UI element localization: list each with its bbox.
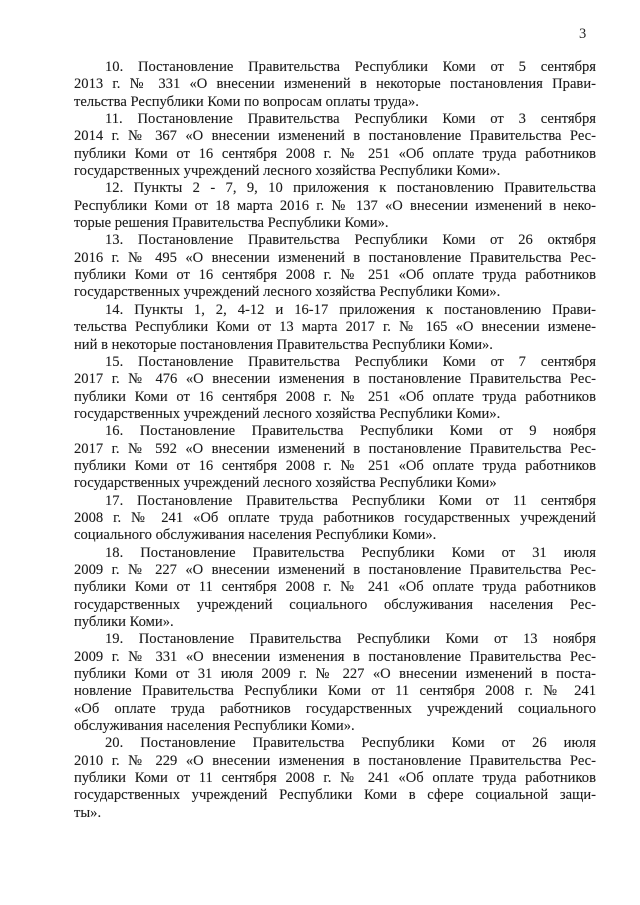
text-line: 2009 г. № 227 «О внесении изменений в по… (74, 562, 596, 579)
text-line: новление Правительства Республики Коми о… (74, 683, 596, 700)
text-line: публики Коми от 11 сентября 2008 г. № 24… (74, 770, 596, 787)
text-line: публики Коми от 16 сентября 2008 г. № 25… (74, 458, 596, 475)
text-line: тельства Республики Коми по вопросам опл… (74, 94, 596, 111)
paragraph: 11. Постановление Правительства Республи… (74, 111, 596, 180)
page-number: 3 (579, 26, 586, 43)
text-line: тельства Республики Коми от 13 марта 201… (74, 319, 596, 336)
paragraph: 12. Пункты 2 - 7, 9, 10 приложения к пос… (74, 180, 596, 232)
paragraph: 19. Постановление Правительства Республи… (74, 631, 596, 735)
text-line: публики Коми от 11 сентября 2008 г. № 24… (74, 579, 596, 596)
text-line: 18. Постановление Правительства Республи… (74, 545, 596, 562)
document-page: 3 10. Постановление Правительства Респуб… (0, 0, 640, 905)
paragraph: 13. Постановление Правительства Республи… (74, 232, 596, 301)
text-line: публики Коми от 31 июля 2009 г. № 227 «О… (74, 666, 596, 683)
text-line: 12. Пункты 2 - 7, 9, 10 приложения к пос… (74, 180, 596, 197)
text-line: 2014 г. № 367 «О внесении изменений в по… (74, 128, 596, 145)
text-line: 2016 г. № 495 «О внесении изменений в по… (74, 250, 596, 267)
paragraph: 17. Постановление Правительства Республи… (74, 493, 596, 545)
text-line: 2013 г. № 331 «О внесении изменений в не… (74, 76, 596, 93)
text-line: торые решения Правительства Республики К… (74, 215, 596, 232)
text-line: 2010 г. № 229 «О внесении изменения в по… (74, 753, 596, 770)
paragraph: 15. Постановление Правительства Республи… (74, 354, 596, 423)
paragraph: 10. Постановление Правительства Республи… (74, 59, 596, 111)
text-line: государственных учреждений лесного хозяй… (74, 406, 596, 423)
text-line: ты». (74, 805, 596, 822)
text-line: 13. Постановление Правительства Республи… (74, 232, 596, 249)
text-line: 17. Постановление Правительства Республи… (74, 493, 596, 510)
text-line: публики Коми от 16 сентября 2008 г. № 25… (74, 146, 596, 163)
text-line: 2008 г. № 241 «Об оплате труда работнико… (74, 510, 596, 527)
text-line: государственных учреждений лесного хозяй… (74, 284, 596, 301)
text-line: 10. Постановление Правительства Республи… (74, 59, 596, 76)
text-line: публики Коми от 16 сентября 2008 г. № 25… (74, 389, 596, 406)
text-line: 2017 г. № 476 «О внесении изменения в по… (74, 371, 596, 388)
text-line: государственных учреждений социального о… (74, 597, 596, 614)
text-line: 2017 г. № 592 «О внесении изменений в по… (74, 441, 596, 458)
text-line: публики Коми». (74, 614, 596, 631)
text-line: обслуживания населения Республики Коми». (74, 718, 596, 735)
paragraph: 16. Постановление Правительства Республи… (74, 423, 596, 492)
text-line: Республики Коми от 18 марта 2016 г. № 13… (74, 198, 596, 215)
document-body: 10. Постановление Правительства Республи… (74, 59, 596, 822)
text-line: 16. Постановление Правительства Республи… (74, 423, 596, 440)
text-line: 15. Постановление Правительства Республи… (74, 354, 596, 371)
paragraph: 18. Постановление Правительства Республи… (74, 545, 596, 632)
text-line: 14. Пункты 1, 2, 4-12 и 16-17 приложения… (74, 302, 596, 319)
text-line: 2009 г. № 331 «О внесении изменения в по… (74, 649, 596, 666)
text-line: государственных учреждений лесного хозяй… (74, 475, 596, 492)
scanned-document-page: { "page": { "number": "3" }, "colors": {… (0, 0, 640, 905)
text-line: 11. Постановление Правительства Республи… (74, 111, 596, 128)
paragraph: 14. Пункты 1, 2, 4-12 и 16-17 приложения… (74, 302, 596, 354)
paragraph: 20. Постановление Правительства Республи… (74, 735, 596, 822)
text-line: 20. Постановление Правительства Республи… (74, 735, 596, 752)
text-line: публики Коми от 16 сентября 2008 г. № 25… (74, 267, 596, 284)
text-line: ний в некоторые постановления Правительс… (74, 337, 596, 354)
text-line: государственных учреждений лесного хозяй… (74, 163, 596, 180)
text-line: «Об оплате труда работников государствен… (74, 701, 596, 718)
text-line: социального обслуживания населения Респу… (74, 527, 596, 544)
text-line: 19. Постановление Правительства Республи… (74, 631, 596, 648)
text-line: государственных учреждений Республики Ко… (74, 787, 596, 804)
